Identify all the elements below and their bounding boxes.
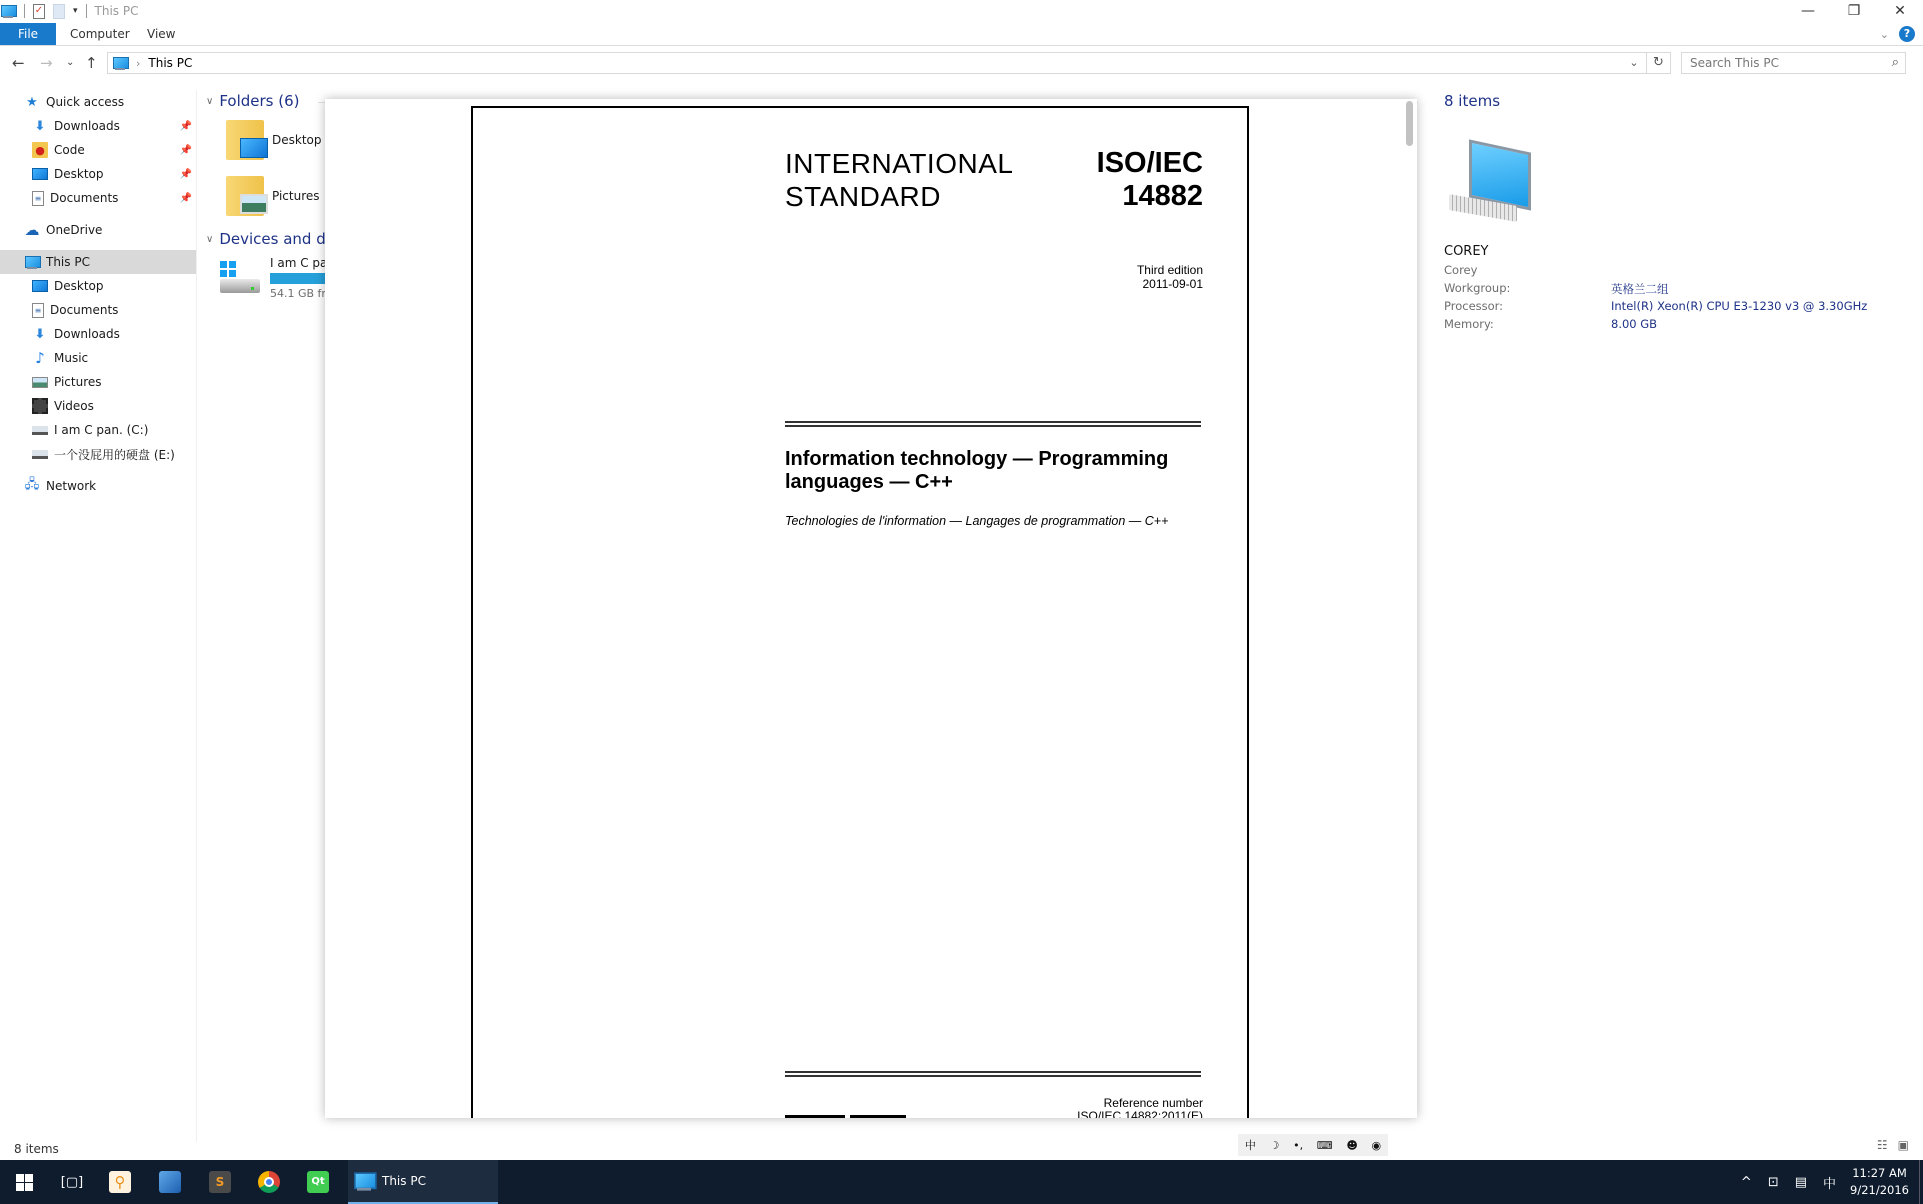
- computer-name: COREY: [1444, 244, 1489, 259]
- reference-number: ISO/IEC 14882:2011(E): [1077, 1109, 1203, 1118]
- dictionary-icon: [159, 1171, 181, 1193]
- sidebar-item-downloads[interactable]: ⬇ Downloads 📌: [0, 114, 196, 138]
- taskbar-app-search[interactable]: ⚲: [96, 1160, 144, 1204]
- sidebar-item-label: Documents: [50, 303, 118, 317]
- properties-icon[interactable]: ✓: [33, 4, 45, 19]
- search-placeholder: Search This PC: [1690, 56, 1779, 70]
- sidebar-item-music[interactable]: ♪ Music: [0, 346, 196, 370]
- ime-skin-icon[interactable]: ☻: [1346, 1139, 1357, 1152]
- memory-label: Memory:: [1444, 317, 1494, 331]
- magnifier-document-icon: ⚲: [109, 1171, 131, 1193]
- navigation-bar: ← → ⌄ ↑ › This PC ⌄ ↻ Search This PC ⌕: [0, 52, 1923, 76]
- sidebar-item-pictures[interactable]: Pictures: [0, 370, 196, 394]
- sidebar-item-label: Desktop: [54, 279, 104, 293]
- task-view-icon: [▢]: [61, 1175, 83, 1190]
- large-icons-view-icon[interactable]: ▣: [1898, 1138, 1909, 1152]
- quick-access-toolbar: ✓ ▾ This PC: [0, 3, 138, 19]
- sidebar-item-pc-downloads[interactable]: ⬇ Downloads: [0, 322, 196, 346]
- this-pc-icon: [112, 57, 128, 70]
- clock-date: 9/21/2016: [1850, 1182, 1909, 1199]
- taskbar: [▢] ⚲ S Qt This PC ^ ⊡ ▤ 中 11:27 AM 9/21…: [0, 1160, 1923, 1204]
- details-view-icon[interactable]: ☷: [1877, 1138, 1888, 1152]
- breadcrumb-this-pc[interactable]: This PC: [148, 56, 192, 70]
- restore-button[interactable]: ❐: [1831, 0, 1877, 22]
- input-method-icon[interactable]: 中: [1823, 1173, 1836, 1192]
- processor-value: Intel(R) Xeon(R) CPU E3-1230 v3 @ 3.30GH…: [1611, 299, 1867, 313]
- pin-icon[interactable]: 📌: [180, 121, 192, 132]
- soft-keyboard-icon[interactable]: ⌨: [1317, 1139, 1333, 1152]
- back-button[interactable]: ←: [12, 52, 25, 74]
- windows-drive-icon: [218, 259, 262, 297]
- search-icon[interactable]: ⌕: [1892, 53, 1899, 73]
- recent-locations-button[interactable]: ⌄: [66, 52, 74, 74]
- pictures-icon: [32, 377, 48, 388]
- qt-creator-icon: Qt: [307, 1171, 329, 1193]
- pin-icon[interactable]: 📌: [180, 145, 192, 156]
- show-desktop-button[interactable]: [1919, 1160, 1923, 1204]
- this-pc-icon: [24, 256, 40, 269]
- system-tray: ^ ⊡ ▤ 中 11:27 AM 9/21/2016: [1733, 1160, 1923, 1204]
- taskbar-app-chrome[interactable]: [245, 1160, 293, 1204]
- ribbon: File Computer View ⌄ ?: [0, 23, 1923, 46]
- download-icon: ⬇: [32, 326, 48, 342]
- download-icon: ⬇: [32, 118, 48, 134]
- folder-icon: [226, 120, 264, 160]
- customize-toolbar-icon[interactable]: ▾: [73, 6, 78, 16]
- sidebar-item-label: Documents: [50, 191, 118, 205]
- barcode-block: [785, 1115, 845, 1118]
- title-bar: ✓ ▾ This PC — ❐ ✕: [0, 0, 1923, 24]
- edition: Third edition: [1137, 263, 1203, 277]
- show-hidden-icons-chevron-icon[interactable]: ^: [1741, 1175, 1752, 1190]
- sidebar-item-desktop[interactable]: Desktop 📌: [0, 162, 196, 186]
- help-button[interactable]: ?: [1899, 26, 1915, 42]
- sidebar-item-label: Videos: [54, 399, 94, 413]
- sidebar-item-this-pc[interactable]: This PC: [0, 250, 196, 274]
- document-page: INTERNATIONAL STANDARD ISO/IEC 14882 Thi…: [471, 106, 1249, 1118]
- chevron-down-icon[interactable]: ∨: [206, 234, 213, 245]
- sidebar-item-label: Quick access: [46, 95, 124, 109]
- videos-icon: [32, 398, 48, 414]
- this-pc-icon: [0, 5, 16, 18]
- sidebar-item-pc-documents[interactable]: ≡ Documents: [0, 298, 196, 322]
- sidebar-item-label: Desktop: [54, 167, 104, 181]
- task-view-button[interactable]: [▢]: [48, 1160, 96, 1204]
- memory-value: 8.00 GB: [1611, 317, 1657, 331]
- expand-ribbon-icon[interactable]: ⌄: [1880, 28, 1889, 41]
- sidebar-item-onedrive[interactable]: ☁ OneDrive: [0, 218, 196, 242]
- refresh-button[interactable]: ↻: [1647, 52, 1671, 74]
- edition-date: 2011-09-01: [1143, 277, 1204, 291]
- ime-mode-icon[interactable]: 中: [1245, 1137, 1256, 1153]
- forward-button[interactable]: →: [40, 52, 53, 74]
- sidebar-item-label: Downloads: [54, 119, 120, 133]
- item-count: 8 items: [1444, 92, 1500, 110]
- folder-label: Pictures: [272, 189, 320, 203]
- sidebar-item-network[interactable]: 🖧 Network: [0, 474, 196, 498]
- documents-icon: ≡: [32, 303, 44, 318]
- divider: [86, 4, 87, 18]
- sidebar-item-pc-desktop[interactable]: Desktop: [0, 274, 196, 298]
- ime-toolbar: 中 ☽ •, ⌨ ☻ ◉: [1238, 1134, 1388, 1156]
- document-title-fr: Technologies de l'information — Langages…: [785, 514, 1168, 528]
- sidebar-item-drive-c[interactable]: I am C pan. (C:): [0, 418, 196, 442]
- folder-label: Desktop: [272, 133, 322, 147]
- onedrive-icon: ☁: [24, 222, 40, 238]
- folder-icon: [226, 176, 264, 216]
- tab-view[interactable]: View: [133, 23, 189, 45]
- network-status-icon[interactable]: ⊡: [1768, 1175, 1779, 1190]
- taskbar-app-dictionary[interactable]: [146, 1160, 194, 1204]
- desktop-icon: [32, 168, 48, 180]
- sidebar-item-label: This PC: [46, 255, 90, 269]
- divider: [24, 4, 25, 18]
- barcode-block: [850, 1115, 906, 1118]
- sidebar-item-label: Music: [54, 351, 88, 365]
- address-bar[interactable]: › This PC ⌄: [107, 52, 1647, 74]
- sidebar-item-label: Code: [54, 143, 85, 157]
- clock[interactable]: 11:27 AM 9/21/2016: [1850, 1165, 1909, 1199]
- windows-icon: [16, 1174, 33, 1191]
- workgroup-value: 英格兰二组: [1611, 281, 1669, 297]
- address-dropdown-icon[interactable]: ⌄: [1622, 53, 1646, 73]
- sublime-text-icon: S: [209, 1171, 231, 1193]
- user-name: Corey: [1444, 263, 1477, 277]
- navigation-pane: ★ Quick access ⬇ Downloads 📌 ● Code 📌 De…: [0, 90, 197, 1142]
- doc-type: STANDARD: [785, 181, 941, 213]
- computer-icon: [1449, 146, 1533, 226]
- sidebar-item-quick-access[interactable]: ★ Quick access: [0, 90, 196, 114]
- sidebar-item-documents[interactable]: ≡ Documents 📌: [0, 186, 196, 210]
- sidebar-item-videos[interactable]: Videos: [0, 394, 196, 418]
- ime-settings-icon[interactable]: ◉: [1372, 1139, 1382, 1152]
- tab-file[interactable]: File: [0, 23, 56, 45]
- pin-icon[interactable]: 📌: [180, 193, 192, 204]
- processor-label: Processor:: [1444, 299, 1503, 313]
- workgroup-label: Workgroup:: [1444, 281, 1510, 295]
- reference-label: Reference number: [1104, 1096, 1203, 1110]
- doc-type: INTERNATIONAL: [785, 148, 1013, 180]
- action-center-icon[interactable]: ▤: [1795, 1175, 1807, 1190]
- drive-icon: [32, 426, 48, 435]
- star-icon: ★: [24, 94, 40, 110]
- group-header-folders[interactable]: ∨ Folders (6): [206, 92, 300, 110]
- folder-tile-pictures[interactable]: Pictures: [226, 176, 320, 216]
- half-width-icon[interactable]: ☽: [1270, 1139, 1280, 1152]
- double-rule: [785, 1071, 1201, 1077]
- start-button[interactable]: [0, 1160, 48, 1204]
- this-pc-icon: [353, 1172, 375, 1190]
- search-input[interactable]: Search This PC ⌕: [1681, 52, 1906, 74]
- new-folder-icon[interactable]: [53, 4, 65, 19]
- standard-id: ISO/IEC: [1097, 147, 1203, 180]
- sidebar-item-drive-e[interactable]: 一个没屁用的硬盘 (E:): [0, 442, 196, 466]
- taskbar-app-sublime[interactable]: S: [196, 1160, 244, 1204]
- punctuation-icon[interactable]: •,: [1293, 1139, 1303, 1152]
- taskbar-window-label: This PC: [382, 1174, 426, 1188]
- clock-time: 11:27 AM: [1850, 1165, 1909, 1182]
- close-button[interactable]: ✕: [1877, 0, 1923, 22]
- standard-number: 14882: [1122, 180, 1203, 213]
- minimize-button[interactable]: —: [1785, 0, 1831, 22]
- desktop-icon: [32, 280, 48, 292]
- tab-computer[interactable]: Computer: [56, 23, 144, 45]
- sidebar-item-label: OneDrive: [46, 223, 102, 237]
- window-title: This PC: [95, 4, 139, 18]
- documents-icon: ≡: [32, 191, 44, 206]
- status-item-count: 8 items: [14, 1142, 59, 1156]
- document-preview[interactable]: INTERNATIONAL STANDARD ISO/IEC 14882 Thi…: [325, 99, 1417, 1118]
- group-title: Folders (6): [219, 92, 299, 110]
- sidebar-item-label: 一个没屁用的硬盘 (E:): [54, 446, 175, 463]
- taskbar-app-qt[interactable]: Qt: [294, 1160, 342, 1204]
- drive-icon: [32, 450, 48, 459]
- folder-icon: ●: [32, 142, 48, 158]
- folder-tile-desktop[interactable]: Desktop: [226, 120, 322, 160]
- document-title: Information technology — Programming lan…: [785, 448, 1205, 494]
- chevron-down-icon[interactable]: ∨: [206, 96, 213, 107]
- taskbar-window-this-pc[interactable]: This PC: [348, 1160, 498, 1204]
- sidebar-item-code[interactable]: ● Code 📌: [0, 138, 196, 162]
- network-icon: 🖧: [24, 478, 40, 494]
- up-button[interactable]: ↑: [85, 52, 98, 74]
- sidebar-item-label: Network: [46, 479, 96, 493]
- sidebar-item-label: Pictures: [54, 375, 102, 389]
- music-icon: ♪: [32, 350, 48, 366]
- details-pane: 8 items COREY Corey Workgroup: 英格兰二组 Pro…: [1429, 90, 1923, 1142]
- scrollbar-thumb[interactable]: [1406, 101, 1413, 146]
- sidebar-item-label: Downloads: [54, 327, 120, 341]
- sidebar-item-label: I am C pan. (C:): [54, 423, 148, 437]
- chrome-icon: [258, 1171, 280, 1193]
- status-bar: 8 items: [0, 1138, 1923, 1160]
- pin-icon[interactable]: 📌: [180, 169, 192, 180]
- breadcrumb-separator-icon[interactable]: ›: [136, 57, 140, 70]
- double-rule: [785, 421, 1201, 427]
